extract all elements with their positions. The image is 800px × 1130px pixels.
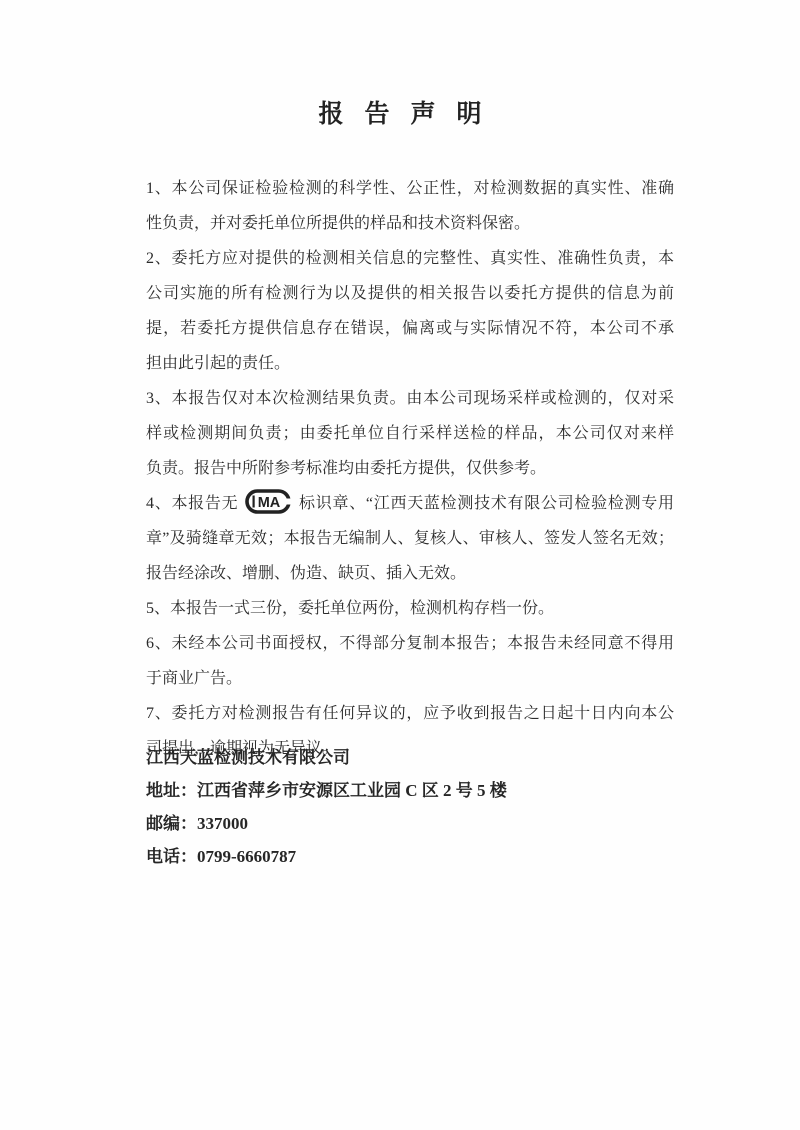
report-statement-page: 报告声明 1、本公司保证检验检测的科学性、公正性，对检测数据的真实性、准确 性负… xyxy=(0,0,800,1130)
address-line: 地址：江西省萍乡市安源区工业园 C 区 2 号 5 楼 xyxy=(146,774,674,807)
statement-line: 担由此引起的责任。 xyxy=(146,346,674,381)
statement-line-with-cma: 4、本报告无 MA 标识章、“江西天蓝检测技术有限公司检验检测专用 xyxy=(146,486,674,521)
statement-line: 性负责，并对委托单位所提供的样品和技术资料保密。 xyxy=(146,206,674,241)
statement-line: 1、本公司保证检验检测的科学性、公正性，对检测数据的真实性、准确 xyxy=(146,171,674,206)
statement-line: 报告经涂改、增删、伪造、缺页、插入无效。 xyxy=(146,556,674,591)
statement-line: 7、委托方对检测报告有任何异议的，应予收到报告之日起十日内向本公 xyxy=(146,696,674,731)
statement-line-text: 标识章、“江西天蓝检测技术有限公司检验检测专用 xyxy=(298,495,674,512)
statement-line: 于商业广告。 xyxy=(146,661,674,696)
statement-line: 提，若委托方提供信息存在错误，偏离或与实际情况不符，本公司不承 xyxy=(146,311,674,346)
postcode-line: 邮编：337000 xyxy=(146,807,674,840)
statement-line: 5、本报告一式三份，委托单位两份，检测机构存档一份。 xyxy=(146,591,674,626)
company-info-block: 江西天蓝检测技术有限公司 地址：江西省萍乡市安源区工业园 C 区 2 号 5 楼… xyxy=(146,741,674,873)
statement-line: 公司实施的所有检测行为以及提供的相关报告以委托方提供的信息为前 xyxy=(146,276,674,311)
phone-line: 电话：0799-6660787 xyxy=(146,840,674,873)
statement-line: 2、委托方应对提供的检测相关信息的完整性、真实性、准确性负责，本 xyxy=(146,241,674,276)
company-name: 江西天蓝检测技术有限公司 xyxy=(146,741,674,774)
statement-line: 章”及骑缝章无效；本报告无编制人、复核人、审核人、签发人签名无效； xyxy=(146,521,674,556)
cma-certification-icon: MA xyxy=(245,489,291,514)
statement-line: 6、未经本公司书面授权，不得部分复制本报告；本报告未经同意不得用 xyxy=(146,626,674,661)
page-title: 报告声明 xyxy=(0,101,800,129)
statement-line-text: 4、本报告无 xyxy=(146,495,238,512)
statement-line: 样或检测期间负责；由委托单位自行采样送检的样品，本公司仅对来样 xyxy=(146,416,674,451)
statement-line: 3、本报告仅对本次检测结果负责。由本公司现场采样或检测的，仅对采 xyxy=(146,381,674,416)
cma-label: MA xyxy=(258,495,281,511)
statements-block: 1、本公司保证检验检测的科学性、公正性，对检测数据的真实性、准确 性负责，并对委… xyxy=(146,171,674,766)
page-title-text: 报告声明 xyxy=(318,101,502,128)
statement-line: 负责。报告中所附参考标准均由委托方提供，仅供参考。 xyxy=(146,451,674,486)
